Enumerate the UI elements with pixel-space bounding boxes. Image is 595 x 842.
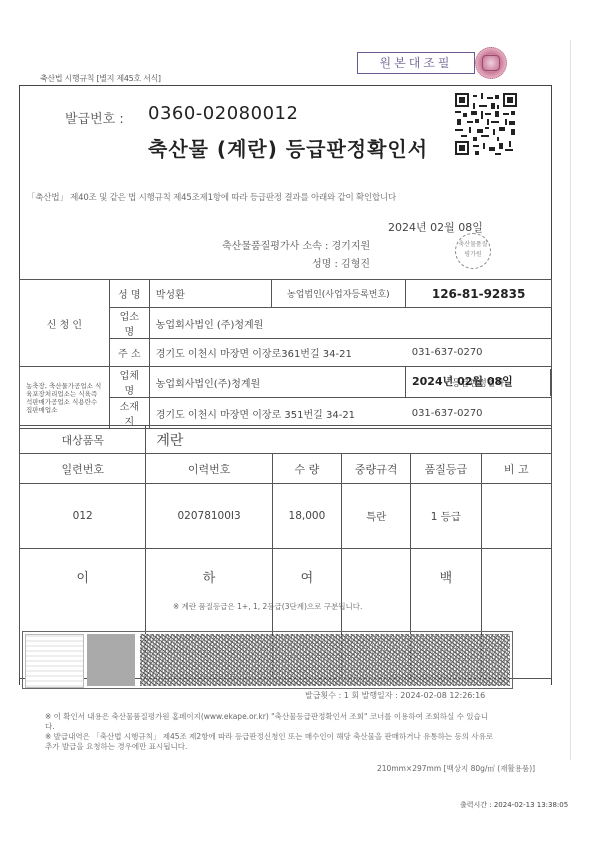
barcode-label-icon <box>25 634 84 688</box>
document-title: 축산물 (계란) 등급판정확인서 <box>148 133 428 162</box>
field-label: 성 명 <box>109 280 149 308</box>
issue-number-label: 발급번호 : <box>65 108 124 127</box>
facility-section-label: 농축장, 축산물가공업소 식육포장처리업소는 식육즉석판매가공업소 식용란수집판… <box>20 367 110 429</box>
column-header-trace: 이력번호 <box>146 454 272 484</box>
table-row: 012 02078100I3 18,000 특란 1 등급 <box>20 484 552 549</box>
column-header-grade: 품질등급 <box>411 454 481 484</box>
field-label: 농업법인(사업자등록번호) <box>271 280 406 308</box>
print-time: 출력시간 : 2024-02-13 13:38:05 <box>460 800 568 810</box>
issue-info: 발급횟수 : 1 회 발행일자 : 2024-02-08 12:26:16 <box>305 690 485 701</box>
target-item-label: 대상품목 <box>20 426 146 454</box>
serial-number: 012 <box>20 484 146 549</box>
quality-grade: 1 등급 <box>411 484 481 549</box>
applicant-table: 신 청 인 성 명 박성환 농업법인(사업자등록번호) 126-81-92835… <box>19 279 552 429</box>
qr-code-icon <box>455 93 517 155</box>
intro-text: 「축산법」 제40조 및 같은 법 시행규칙 제45조제1항에 따라 등급판정 … <box>27 191 396 203</box>
grading-date: 2024년 02월 08일 <box>412 373 513 389</box>
column-header-weight: 중량규격 <box>342 454 411 484</box>
facility-name: 농업회사법인(주)청계원 <box>149 367 405 398</box>
weight-spec: 특란 <box>342 484 411 549</box>
column-header-note: 비 고 <box>481 454 551 484</box>
field-label: 업체명 <box>109 367 149 398</box>
grade-note: ※ 계란 품질등급은 1+, 1, 2등급(3단계)으로 구분됩니다. <box>173 601 362 612</box>
field-label: 업소명 <box>109 308 149 339</box>
inspector-name: 성명 : 김형진 <box>312 255 370 270</box>
column-header-serial: 일련번호 <box>20 454 146 484</box>
applicant-phone: 031-637-0270 <box>406 339 552 367</box>
trace-number: 02078100I3 <box>146 484 272 549</box>
column-header-quantity: 수 량 <box>272 454 341 484</box>
business-name: 농업회사법인 (주)청계원 <box>149 308 551 339</box>
applicant-section-label: 신 청 인 <box>20 280 110 367</box>
field-label: 소재지 <box>109 398 149 429</box>
field-label: 주 소 <box>109 339 149 367</box>
paper-spec: 210mm×297mm [백상지 80g/㎡ (재활용품)] <box>377 763 535 774</box>
business-number: 126-81-92835 <box>406 280 552 308</box>
form-label: 축산법 시행규칙 [별지 제45호 서식] <box>40 73 161 84</box>
facility-phone: 031-637-0270 <box>406 398 552 429</box>
2d-barcode-icon <box>140 634 510 686</box>
applicant-name: 박성환 <box>149 280 271 308</box>
target-item-value: 계란 <box>146 426 552 454</box>
issue-number: 0360-02080012 <box>148 103 298 124</box>
original-copy-stamp: 원본대조필 <box>357 52 475 74</box>
footnotes: ※ 이 확인서 내용은 축산물품질평가원 홈페이지(www.ekape.or.k… <box>45 712 495 752</box>
seal-inner-icon <box>482 55 500 71</box>
footnote-1: ※ 이 확인서 내용은 축산물품질평가원 홈페이지(www.ekape.or.k… <box>45 712 495 732</box>
official-seal-icon: 축산물품질평가원 <box>455 233 491 269</box>
note <box>481 484 551 549</box>
page-edge <box>570 40 571 760</box>
footnote-2: ※ 발급내역은 「축산법 시행규칙」 제45조 제2항에 따라 등급판정신청인 … <box>45 732 495 752</box>
facility-address: 경기도 이천시 마장면 이장로 351번길 34-21 <box>149 398 405 429</box>
quantity: 18,000 <box>272 484 341 549</box>
applicant-address: 경기도 이천시 마장면 이장로361번길 34-21 <box>149 339 405 367</box>
barcode-logo-icon <box>87 634 135 686</box>
inspector-organization: 축산물품질평가사 소속 : 경기지원 <box>222 237 370 252</box>
